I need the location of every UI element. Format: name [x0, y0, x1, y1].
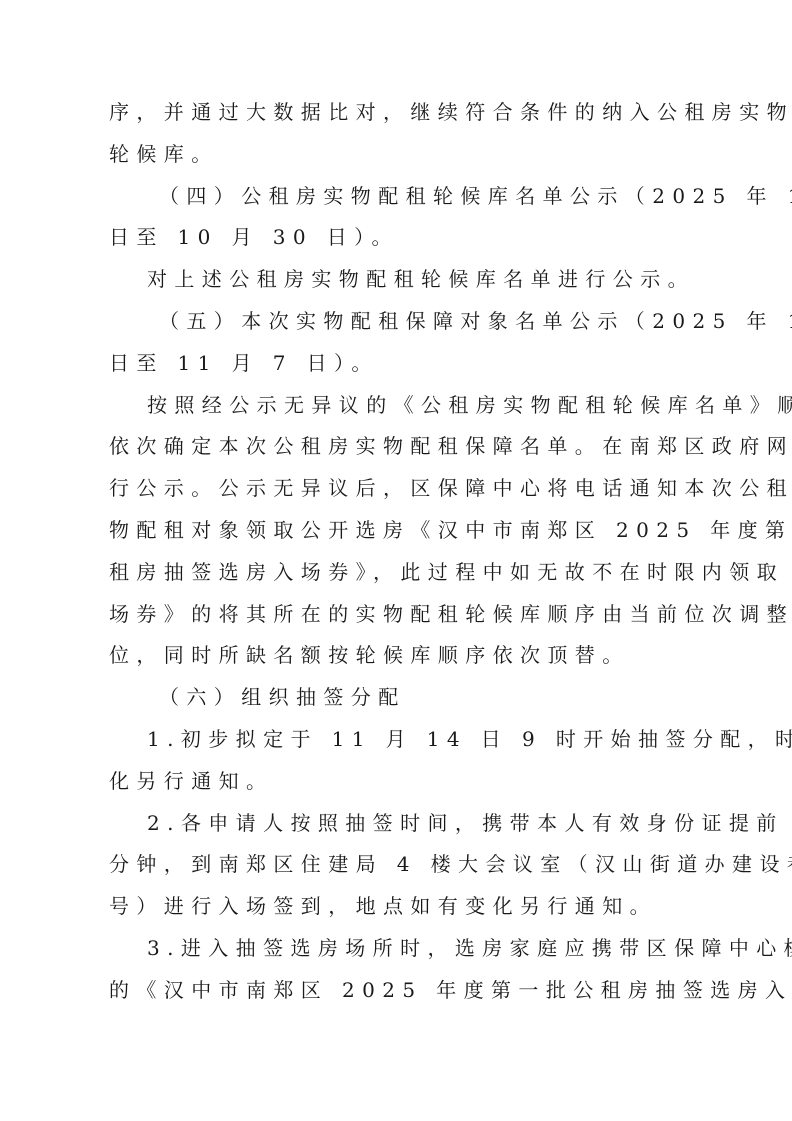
body-text-line: 号）进行入场签到，地点如有变化另行通知。	[109, 886, 685, 928]
body-text-line: 日至 10 月 30 日）。	[109, 217, 685, 259]
body-text-line: 轮候库。	[109, 134, 685, 176]
body-text-line: 化另行通知。	[109, 761, 685, 803]
body-text-line: 位，同时所缺名额按轮候库顺序依次顶替。	[109, 635, 685, 677]
body-text-line: 的《汉中市南郑区 2025 年度第一批公租房抽签选房入场券》	[109, 970, 685, 1012]
body-text-line: 行公示。公示无异议后，区保障中心将电话通知本次公租房实	[109, 468, 685, 510]
list-item-1: 1.初步拟定于 11 月 14 日 9 时开始抽签分配，时间如有变	[109, 719, 685, 761]
body-text-line: 分钟，到南郑区住建局 4 楼大会议室（汉山街道办建设巷 18	[109, 844, 685, 886]
body-text-line: 依次确定本次公租房实物配租保障名单。在南郑区政府网站进	[109, 426, 685, 468]
body-text-line: 场券》的将其所在的实物配租轮候库顺序由当前位次调整至末	[109, 594, 685, 636]
body-text-line: 序，并通过大数据比对，继续符合条件的纳入公租房实物配租	[109, 92, 685, 134]
section-heading-4: （四）公租房实物配租轮候库名单公示（2025 年 10 月 24	[109, 176, 685, 218]
section-heading-6: （六）组织抽签分配	[109, 677, 685, 719]
section-heading-5: （五）本次实物配租保障对象名单公示（2025 年 11 月 3	[109, 301, 685, 343]
document-page: 序，并通过大数据比对，继续符合条件的纳入公租房实物配租 轮候库。 （四）公租房实…	[109, 92, 685, 1012]
paragraph-start: 对上述公租房实物配租轮候库名单进行公示。	[109, 259, 685, 301]
list-item-2: 2.各申请人按照抽签时间，携带本人有效身份证提前 30	[109, 803, 685, 845]
body-text-line: 物配租对象领取公开选房《汉中市南郑区 2025 年度第一批公	[109, 510, 685, 552]
list-item-3: 3.进入抽签选房场所时，选房家庭应携带区保障中心核发	[109, 928, 685, 970]
paragraph-start: 按照经公示无异议的《公租房实物配租轮候库名单》顺序	[109, 385, 685, 427]
body-text-line: 租房抽签选房入场券》，此过程中如无故不在时限内领取《入	[109, 552, 685, 594]
body-text-line: 日至 11 月 7 日）。	[109, 343, 685, 385]
